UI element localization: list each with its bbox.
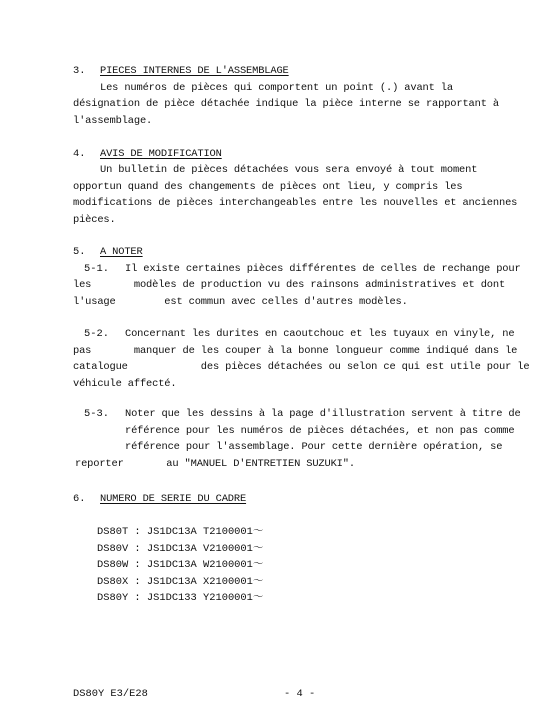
- paragraph-line: Les numéros de pièces qui comportent un …: [100, 82, 453, 94]
- paragraph-line: Il existe certaines pièces différentes d…: [125, 263, 521, 275]
- section-heading: AVIS DE MODIFICATION: [100, 148, 222, 160]
- paragraph-line: référence pour l'assemblage. Pour cette …: [125, 441, 502, 453]
- paragraph-line: pas manquer de les couper à la bonne lon…: [73, 345, 517, 357]
- paragraph-line: les modèles de production vu des rainson…: [73, 279, 505, 291]
- serial-entry: DS80X : JS1DC13A X2100001～: [97, 576, 263, 588]
- note-number: 5-3.: [84, 408, 109, 420]
- paragraph-line: l'usage est commun avec celles d'autres …: [73, 296, 408, 308]
- paragraph-line: désignation de pièce détachée indique la…: [73, 98, 499, 110]
- paragraph-line: opportun quand des changements de pièces…: [73, 181, 462, 193]
- paragraph-line: véhicule affecté.: [73, 378, 176, 390]
- paragraph-line: modifications de pièces interchangeables…: [73, 197, 517, 209]
- section-number: 4.: [73, 148, 85, 160]
- paragraph-line: l'assemblage.: [73, 115, 152, 127]
- paragraph-line: Noter que les dessins à la page d'illust…: [125, 408, 521, 420]
- section-number: 5.: [73, 246, 85, 258]
- note-number: 5-2.: [84, 328, 109, 340]
- document-page: 3. PIECES INTERNES DE L'ASSEMBLAGE Les n…: [0, 0, 560, 725]
- paragraph-line: pièces.: [73, 214, 116, 226]
- section-heading: A NOTER: [100, 246, 143, 258]
- paragraph-line: Concernant les durites en caoutchouc et …: [125, 328, 514, 340]
- serial-entry: DS80W : JS1DC13A W2100001～: [97, 559, 263, 571]
- paragraph-line: référence pour les numéros de pièces dét…: [125, 425, 514, 437]
- section-heading: NUMERO DE SERIE DU CADRE: [100, 493, 246, 505]
- serial-entry: DS80Y : JS1DC133 Y2100001～: [97, 592, 263, 604]
- paragraph-line: catalogue des pièces détachées ou selon …: [73, 361, 529, 373]
- serial-entry: DS80T : JS1DC13A T2100001～: [97, 526, 263, 538]
- section-heading: PIECES INTERNES DE L'ASSEMBLAGE: [100, 65, 289, 77]
- page-number: - 4 -: [284, 688, 315, 700]
- paragraph-line: Un bulletin de pièces détachées vous ser…: [100, 164, 477, 176]
- serial-entry: DS80V : JS1DC13A V2100001～: [97, 543, 263, 555]
- section-number: 3.: [73, 65, 85, 77]
- paragraph-line: reporter au "MANUEL D'ENTRETIEN SUZUKI".: [75, 458, 355, 470]
- section-number: 6.: [73, 493, 85, 505]
- footer-model: DS80Y E3/E28: [73, 688, 148, 700]
- note-number: 5-1.: [84, 263, 109, 275]
